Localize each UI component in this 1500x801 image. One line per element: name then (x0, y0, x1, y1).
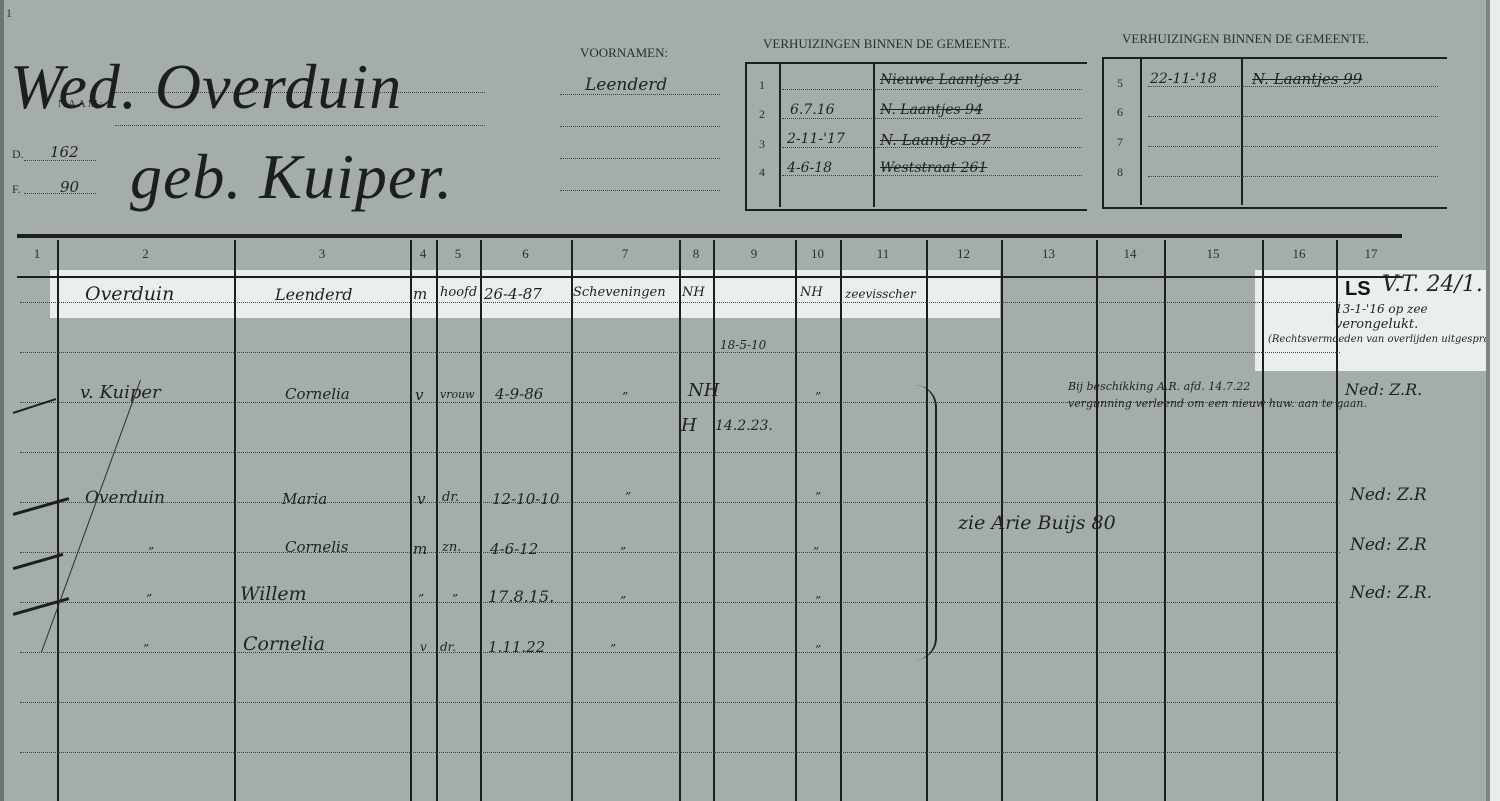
dotted-rule (560, 190, 720, 191)
move-date: 6.7.16 (790, 102, 835, 118)
grid-line (795, 240, 797, 801)
grid-line (679, 240, 681, 801)
row7-birthdate: 17.8.15. (488, 587, 554, 606)
dotted-rule (24, 160, 96, 161)
row-rule (20, 602, 1340, 603)
column-number: 16 (1262, 246, 1336, 262)
row5-birthplace: ” (625, 490, 631, 504)
move-date: 2-11-'17 (787, 131, 845, 147)
row1-occupation: zeevisscher (845, 287, 916, 301)
column-number: 8 (679, 246, 713, 262)
col17-initials: V.T. 24/1. (1382, 272, 1483, 297)
row3-relation: vrouw (440, 388, 475, 401)
row6-birthplace: ” (620, 545, 626, 559)
moves-right-title: VERHUIZINGEN BINNEN DE GEMEENTE. (1122, 31, 1369, 47)
column-number: 15 (1164, 246, 1262, 262)
column-number: 12 (926, 246, 1001, 262)
row7-surname: ” (146, 592, 152, 606)
column-number: 3 (234, 246, 410, 262)
dotted-rule (24, 193, 96, 194)
row8-relation: dr. (440, 640, 456, 654)
remark-line-1: Bij beschikking A.R. afd. 14.7.22 (1068, 380, 1250, 393)
grid-line (1164, 240, 1166, 801)
grid-line (1140, 59, 1142, 205)
column-number: 7 (571, 246, 679, 262)
row8-surname: ” (143, 642, 149, 656)
grid-line (57, 240, 59, 801)
row3-birthplace: ” (622, 390, 628, 404)
grid-line (779, 64, 781, 207)
row8-birthplace: ” (610, 642, 616, 656)
corner-mark: 1 (6, 6, 12, 21)
move-num: 2 (759, 107, 765, 122)
row4-col9-date: 14.2.23. (715, 418, 773, 434)
column-number: 10 (795, 246, 840, 262)
death-note-1: 13-1-'16 op zee (1335, 302, 1428, 316)
dotted-rule (560, 158, 720, 159)
brace-note: zie Arie Buijs 80 (958, 512, 1116, 534)
brace-icon (915, 385, 937, 660)
row6-relation: zn. (442, 540, 461, 555)
grid-line (571, 240, 573, 801)
row3-sex: v (415, 386, 423, 404)
grid-line (713, 240, 715, 801)
card-right-edge (1490, 0, 1500, 801)
grid-line (1241, 59, 1243, 205)
row7-firstname: Willem (240, 583, 307, 605)
row7-sex: ” (418, 592, 424, 606)
row3-birthdate: 4-9-86 (495, 385, 543, 403)
col17-ned-zr: Ned: Z.R (1350, 485, 1427, 505)
row-rule (20, 652, 1340, 653)
death-note-2: verongelukt. (1335, 317, 1418, 332)
dotted-rule (115, 125, 485, 126)
header-bottom-rule (17, 276, 1402, 278)
col17-ned-zr: Ned: Z.R (1350, 535, 1427, 555)
col17-ned-zr: Ned: Z.R. (1345, 380, 1422, 399)
margin-stroke (13, 398, 56, 414)
grid-line (840, 240, 842, 801)
row-rule (20, 702, 1340, 703)
row8-birthdate: 1.11.22 (488, 638, 545, 656)
grid-line (436, 240, 438, 801)
move-num: 6 (1117, 105, 1123, 120)
row6-surname: ” (148, 545, 154, 559)
dotted-rule (560, 94, 720, 95)
move-num: 3 (759, 137, 765, 152)
dotted-rule (1148, 146, 1438, 147)
row6-nationality: ” (813, 545, 819, 559)
column-number: 17 (1336, 246, 1406, 262)
row1-religion: NH (682, 285, 705, 300)
dotted-rule (1148, 116, 1438, 117)
row1-sex: m (413, 285, 427, 303)
column-number: 4 (410, 246, 436, 262)
row-rule (20, 502, 1340, 503)
row6-firstname: Cornelis (285, 538, 349, 556)
voornamen-label: VOORNAMEN: (580, 45, 668, 61)
d-label: D. (12, 147, 24, 162)
move-date: 4-6-18 (787, 160, 832, 176)
table-top-rule (17, 234, 1402, 238)
grid-line (410, 240, 412, 801)
row5-nationality: ” (815, 490, 821, 504)
surname-title: Wed. Overduin (10, 50, 402, 124)
col17-ned-zr: Ned: Z.R. (1350, 583, 1432, 603)
row6-birthdate: 4-6-12 (490, 540, 538, 558)
row8-nationality: ” (815, 643, 821, 657)
row1-nationality: NH (800, 285, 823, 300)
row3-religion: NH (688, 380, 719, 401)
row6-sex: m (413, 540, 427, 558)
row5-relation: dr. (442, 490, 459, 505)
move-date: 22-11-'18 (1150, 71, 1217, 87)
row3-nationality: ” (815, 390, 821, 404)
grid-line (480, 240, 482, 801)
move-num: 8 (1117, 165, 1123, 180)
dotted-rule (560, 126, 720, 127)
row5-sex: v (417, 490, 425, 508)
move-num: 5 (1117, 76, 1123, 91)
column-number: 9 (713, 246, 795, 262)
grid-line (1262, 240, 1264, 801)
row1-birthdate: 26-4-87 (484, 285, 542, 303)
move-address: N. Laantjes 97 (880, 131, 990, 149)
column-number: 6 (480, 246, 571, 262)
row3-firstname: Cornelia (285, 385, 350, 403)
row3-surname: v. Kuiper (80, 382, 161, 403)
row4-religion: H (681, 415, 697, 436)
move-address: Weststraat 261 (880, 160, 987, 176)
row2-col9-date: 18-5-10 (720, 338, 766, 352)
dotted-rule (1148, 176, 1438, 177)
column-number: 5 (436, 246, 480, 262)
grid-line (234, 240, 236, 801)
f-label: F. (12, 182, 21, 197)
row-rule (20, 302, 1340, 303)
move-num: 4 (759, 165, 765, 180)
row5-firstname: Maria (282, 490, 327, 508)
row-rule (20, 752, 1340, 753)
margin-stroke (13, 553, 64, 570)
move-address: N. Laantjes 99 (1252, 70, 1362, 88)
column-number: 14 (1096, 246, 1164, 262)
row5-birthdate: 12-10-10 (492, 490, 559, 508)
row1-birthplace: Scheveningen (573, 285, 666, 300)
row7-birthplace: ” (620, 594, 626, 608)
move-num: 7 (1117, 135, 1123, 150)
row1-surname: Overduin (85, 283, 174, 305)
death-note-3: (Rechtsvermoeden van overlijden uitgespr… (1268, 334, 1500, 345)
grid-line (873, 64, 875, 207)
card-left-edge (0, 0, 4, 801)
row-rule (20, 352, 1340, 353)
column-number: 1 (17, 246, 57, 262)
margin-stroke (13, 497, 70, 516)
dotted-rule (782, 89, 1082, 90)
column-number: 13 (1001, 246, 1096, 262)
row-rule (20, 452, 1340, 453)
d-value: 162 (50, 143, 79, 161)
row1-relation: hoofd (440, 285, 477, 300)
row1-firstname: Leenderd (275, 285, 352, 304)
voornamen-value: Leenderd (585, 75, 667, 95)
ls-stamp: LS (1345, 278, 1371, 301)
row8-sex: v (420, 640, 427, 654)
bracket-stroke (41, 380, 141, 653)
moves-left-title: VERHUIZINGEN BINNEN DE GEMEENTE. (763, 36, 1010, 52)
move-address: N. Laantjes 94 (880, 102, 983, 118)
row8-firstname: Cornelia (243, 633, 325, 655)
remark-line-2: vergunning verleend om een nieuw huw. aa… (1068, 397, 1367, 410)
move-address: Nieuwe Laantjes 91 (880, 72, 1021, 88)
dotted-rule (782, 118, 1082, 119)
registration-card: 1 NAAM: Wed. Overduin geb. Kuiper. D. 16… (0, 0, 1490, 801)
surname-maiden: geb. Kuiper. (130, 140, 453, 214)
row7-relation: ” (452, 592, 458, 606)
column-number: 11 (840, 246, 926, 262)
move-num: 1 (759, 78, 765, 93)
column-number: 2 (57, 246, 234, 262)
row-rule (20, 552, 1340, 553)
row7-nationality: ” (815, 594, 821, 608)
